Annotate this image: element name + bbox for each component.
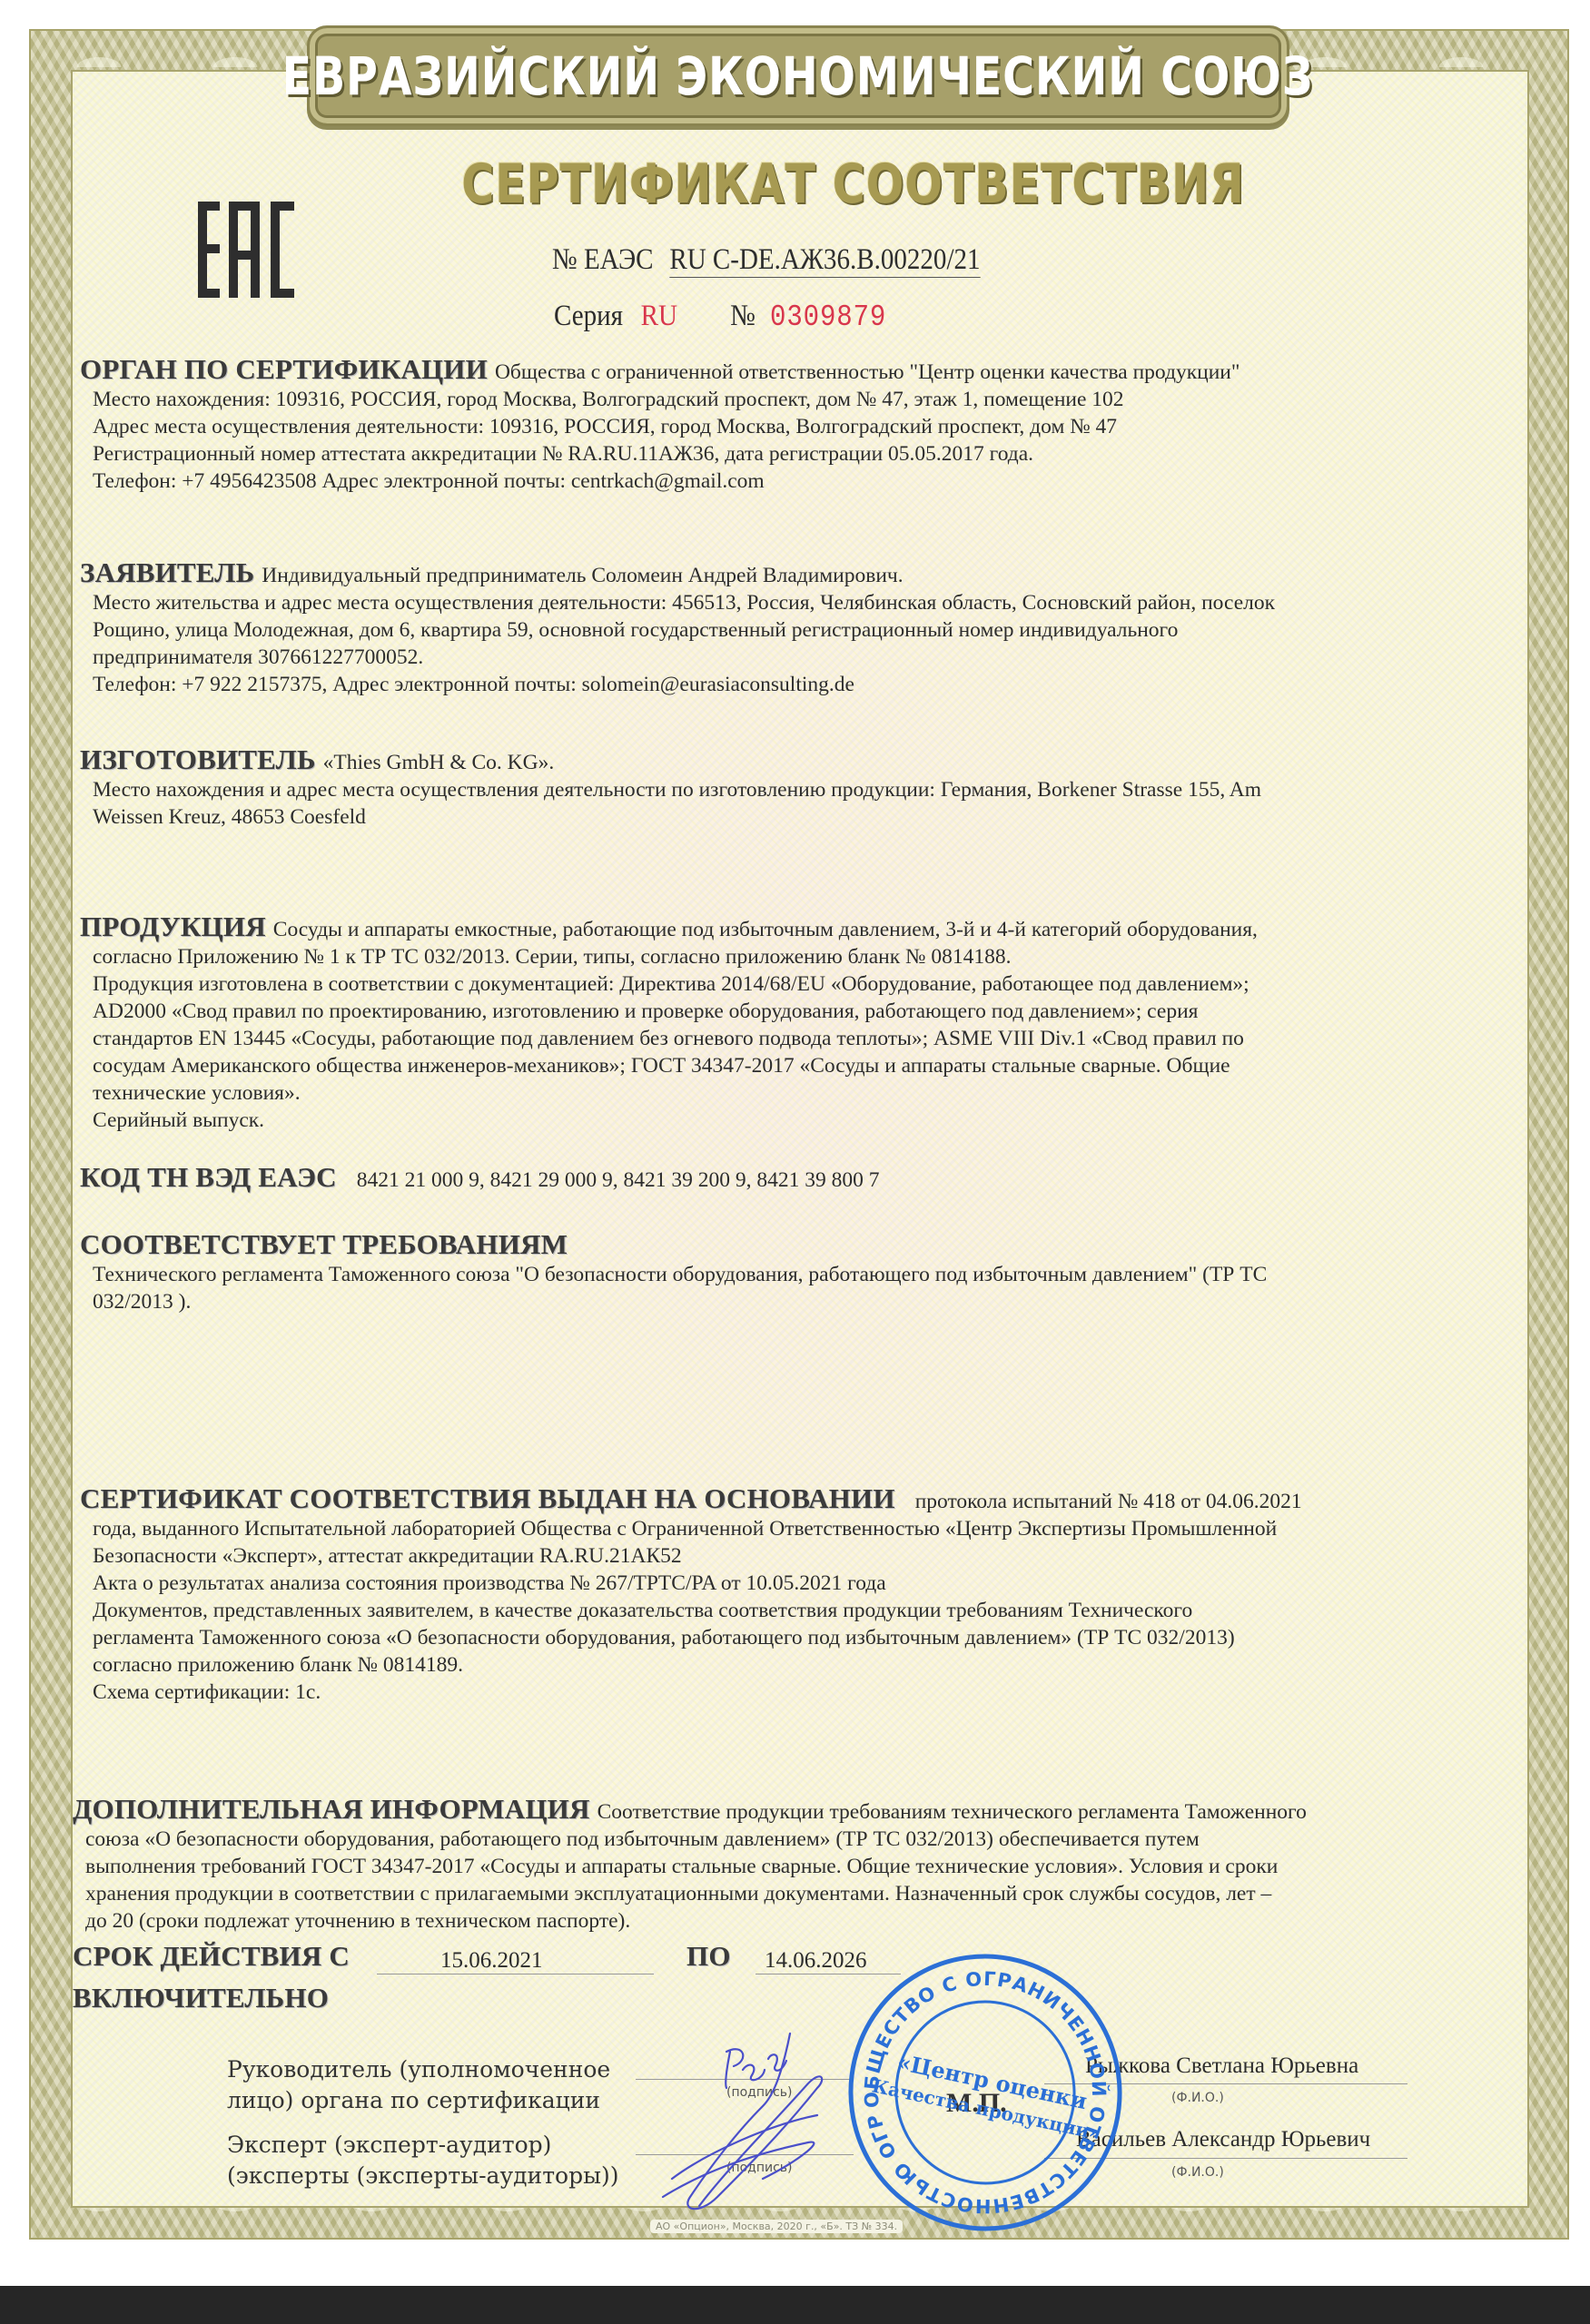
document-title: СЕРТИФИКАТ СООТВЕТСТВИЯ [461,153,1191,216]
section-heading: ИЗГОТОВИТЕЛЬ [80,743,316,775]
section-tn-ved-code: КОД ТН ВЭД ЕАЭС8421 21 000 9, 8421 29 00… [80,1164,1469,1194]
text-line: 032/2013 ). [80,1288,1469,1315]
section-additional-info: ДОПОЛНИТЕЛЬНАЯ ИНФОРМАЦИЯСоответствие пр… [73,1796,1462,1935]
text-line: до 20 (сроки подлежат уточнению в технич… [73,1907,1462,1935]
head-label-line-2: лицо) органа по сертификации [227,2085,610,2116]
series-label: Серия [554,300,623,332]
validity-inclusive-label: ВКЛЮЧИТЕЛЬНО [73,1982,329,2014]
text-line: согласно приложению бланк № 0814189. [80,1651,1469,1679]
viewer-bottom-bar [0,2286,1590,2324]
registration-number-line: № ЕАЭС RU C-DE.АЖ36.В.00220/21 [552,243,981,277]
section-manufacturer: ИЗГОТОВИТЕЛЬ«Thies GmbH & Co. KG». Место… [80,746,1469,831]
text-line: технические условия». [80,1079,1469,1107]
validity-from-label: СРОК ДЕЙСТВИЯ С [73,1940,350,1972]
text-line: Адрес места осуществления деятельности: … [80,413,1469,440]
applicant-name: Индивидуальный предприниматель Соломеин … [262,564,903,587]
series-code: RU [641,300,677,332]
text-line: Телефон: +7 922 2157375, Адрес электронн… [80,671,1469,698]
expert-label-line-1: Эксперт (эксперт-аудитор) [227,2130,619,2161]
section-conformity: СООТВЕТСТВУЕТ ТРЕБОВАНИЯМ Технического р… [80,1231,1469,1315]
validity-to-label: ПО [686,1940,731,1972]
head-name-caption: (Ф.И.О.) [1171,2091,1224,2105]
additional-first-line: Соответствие продукции требованиям техни… [597,1800,1307,1824]
text-line: согласно Приложению № 1 к ТР ТС 032/2013… [80,943,1469,970]
text-line: союза «О безопасности оборудования, рабо… [73,1826,1462,1853]
union-banner: ЕВРАЗИЙСКИЙ ЭКОНОМИЧЕСКИЙ СОЮЗ [307,25,1289,126]
section-applicant: ЗАЯВИТЕЛЬИндивидуальный предприниматель … [80,559,1469,698]
section-certification-body: ОРГАН ПО СЕРТИФИКАЦИИОбщества с ограниче… [80,356,1469,495]
text-line: Продукция изготовлена в соответствии с д… [80,970,1469,998]
validity-to: ПО [686,1943,759,1973]
text-line: сосудам Американского общества инженеров… [80,1052,1469,1079]
section-heading: ПРОДУКЦИЯ [80,911,266,942]
text-line: Weissen Kreuz, 48653 Coesfeld [80,803,1469,831]
section-heading: СЕРТИФИКАТ СООТВЕТСТВИЯ ВЫДАН НА ОСНОВАН… [80,1482,895,1514]
expert-label-line-2: (эксперты (эксперты-аудиторы)) [227,2161,619,2191]
official-seal-stamp-icon: ОБЩЕСТВО С ОГРАНИЧЕННОЙ ОТВЕТСТВЕННОСТЬЮ… [844,1952,1126,2233]
validity-inclusive: ВКЛЮЧИТЕЛЬНО [73,1984,1462,2014]
registration-number: RU C-DE.АЖ36.В.00220/21 [669,243,980,278]
text-line: Серийный выпуск. [80,1107,1469,1134]
text-line: AD2000 «Свод правил по проектированию, и… [80,998,1469,1025]
expert-name-caption: (Ф.И.О.) [1171,2165,1224,2180]
text-line: стандартов EN 13445 «Сосуды, работающие … [80,1025,1469,1052]
text-line: Документов, представленных заявителем, в… [80,1597,1469,1624]
text-line: Телефон: +7 4956423508 Адрес электронной… [80,468,1469,495]
head-label-line-1: Руководитель (уполномоченное [227,2054,610,2085]
validity-from-date: 15.06.2021 [377,1948,654,1974]
basis-first-line: протокола испытаний № 418 от 04.06.2021 [915,1490,1302,1513]
registration-label: № ЕАЭС [552,243,653,276]
section-heading: ЗАЯВИТЕЛЬ [80,556,254,588]
text-line: Место нахождения и адрес места осуществл… [80,776,1469,803]
section-heading: ДОПОЛНИТЕЛЬНАЯ ИНФОРМАЦИЯ [73,1793,590,1825]
section-heading: КОД ТН ВЭД ЕАЭС [80,1161,337,1193]
text-line: Рощино, улица Молодежная, дом 6, квартир… [80,616,1469,644]
section-heading: СООТВЕТСТВУЕТ ТРЕБОВАНИЯМ [80,1228,568,1260]
section-issued-basis: СЕРТИФИКАТ СООТВЕТСТВИЯ ВЫДАН НА ОСНОВАН… [80,1485,1469,1706]
text-line: предпринимателя 307661227700052. [80,644,1469,671]
blank-number-label: № [730,300,755,332]
handwritten-signature-icon [636,2015,854,2224]
text-line: Место нахождения: 109316, РОССИЯ, город … [80,386,1469,413]
text-line: Безопасности «Эксперт», аттестат аккреди… [80,1542,1469,1570]
tn-ved-codes: 8421 21 000 9, 8421 29 000 9, 8421 39 20… [357,1168,880,1192]
text-line: Схема сертификации: 1с. [80,1679,1469,1706]
head-signature-label: Руководитель (уполномоченное лицо) орган… [227,2054,610,2116]
certification-body-name: Общества с ограниченной ответственностью… [495,360,1240,384]
manufacturer-name: «Thies GmbH & Co. KG». [323,751,555,774]
eac-logo-icon [196,200,296,300]
section-product: ПРОДУКЦИЯСосуды и аппараты емкостные, ра… [80,913,1469,1134]
expert-signature-label: Эксперт (эксперт-аудитор) (эксперты (экс… [227,2130,619,2191]
product-description: Сосуды и аппараты емкостные, работающие … [273,918,1258,941]
section-heading: ОРГАН ПО СЕРТИФИКАЦИИ [80,353,488,385]
text-line: Место жительства и адрес места осуществл… [80,589,1469,616]
printer-imprint: АО «Опцион», Москва, 2020 г., «Б». ТЗ № … [650,2220,903,2233]
union-title: ЕВРАЗИЙСКИЙ ЭКОНОМИЧЕСКИЙ СОЮЗ [282,45,1314,107]
head-name: Рыжкова Светлана Юрьевна [1085,2053,1358,2079]
text-line: Акта о результатах анализа состояния про… [80,1570,1469,1597]
text-line: года, выданного Испытательной лаборатори… [80,1515,1469,1542]
text-line: выполнения требований ГОСТ 34347-2017 «С… [73,1853,1462,1880]
text-line: Технического регламента Таможенного союз… [80,1261,1469,1288]
blank-number: 0309879 [770,300,886,334]
series-line: Серия RU № 0309879 [554,300,886,334]
text-line: Регистрационный номер аттестата аккредит… [80,440,1469,468]
text-line: регламента Таможенного союза «О безопасн… [80,1624,1469,1651]
text-line: хранения продукции в соответствии с прил… [73,1880,1462,1907]
